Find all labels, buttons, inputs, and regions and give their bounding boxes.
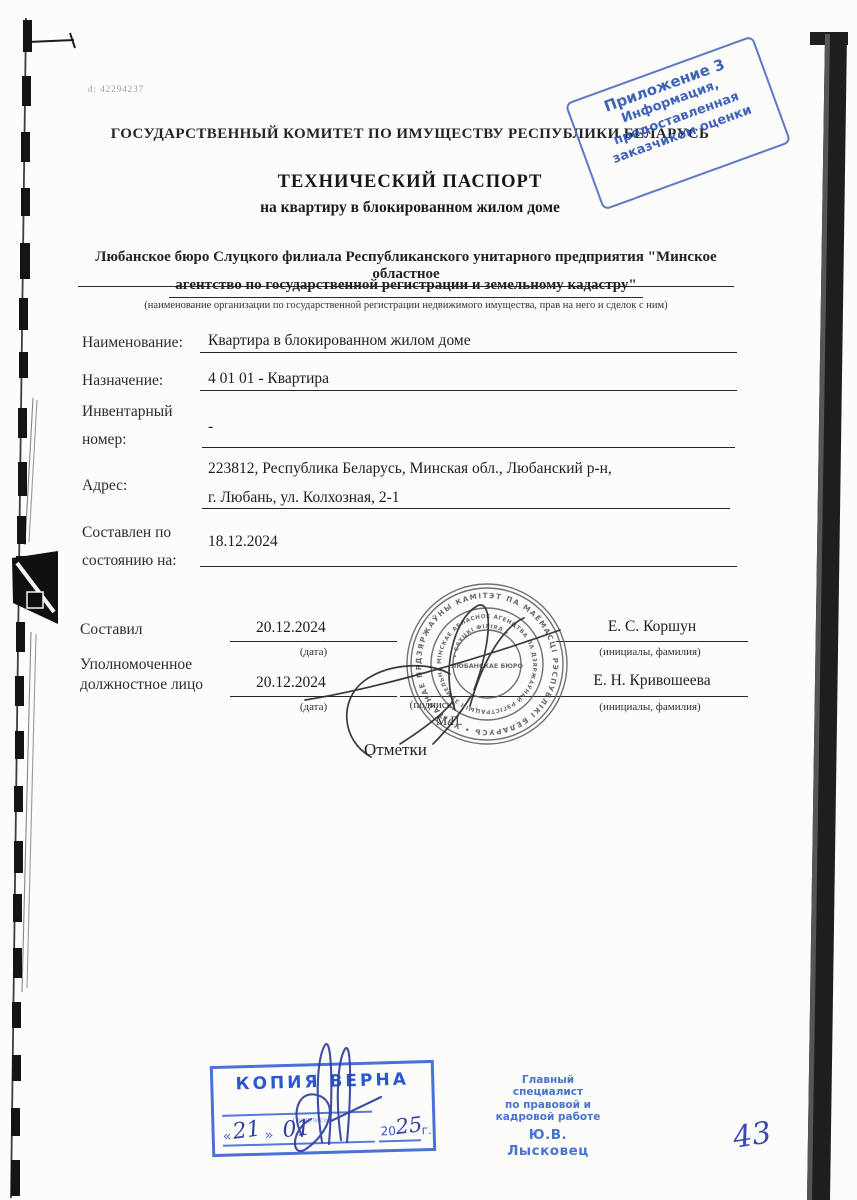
underline [400, 696, 748, 697]
official-name: Е. Н. Кривошеева [556, 672, 748, 690]
organization-caption: (наименование организации по государстве… [78, 300, 734, 311]
field-value-purpose: 4 01 01 - Квартира [208, 370, 329, 388]
handwritten-page-number: 43 [730, 1115, 773, 1156]
composed-date: 20.12.2024 [256, 619, 326, 637]
seal-place-label: М.П. [436, 714, 462, 729]
underline [230, 641, 397, 642]
specialist-stamp-line3: кадровой работе [488, 1111, 608, 1123]
left-binding-edge [11, 18, 75, 1198]
official-date: 20.12.2024 [256, 674, 326, 692]
official-signature-ink [305, 605, 560, 757]
field-label-purpose: Назначение: [82, 372, 163, 390]
quote-open: « [223, 1129, 232, 1145]
name-caption: (инициалы, фамилия) [545, 701, 755, 713]
organization-line2: агентство по государственной регистрации… [169, 277, 642, 298]
stamp-year-line [379, 1139, 421, 1142]
underline [200, 352, 737, 353]
organization-line2-wrap: агентство по государственной регистрации… [78, 276, 734, 298]
specialist-stamp-line1: Главный специалист [488, 1074, 608, 1099]
official-label-2: должностное лицо [80, 676, 203, 694]
underline [200, 566, 737, 567]
right-scan-edge [807, 32, 848, 1200]
underline [556, 641, 748, 642]
document-subtitle: на квартиру в блокированном жилом доме [60, 199, 760, 217]
fold-corner-artifact [12, 551, 58, 624]
field-value-asofdate: 18.12.2024 [208, 533, 278, 551]
field-value-address-1: 223812, Республика Беларусь, Минская обл… [208, 460, 612, 478]
field-value-name: Квартира в блокированном жилом доме [208, 332, 471, 350]
composed-name: Е. С. Коршун [556, 618, 748, 636]
document-page: d: 42294237 ГОСУДАРСТВЕННЫЙ КОМИТЕТ ПО И… [0, 0, 857, 1200]
field-label-name: Наименование: [82, 334, 183, 352]
seal-ring3-text: • СЛУЦКІ ФІЛІЯЛ • [453, 624, 510, 658]
marks-label: Отметки [364, 740, 427, 760]
field-label-inventory-2: номер: [82, 431, 127, 449]
seal-center-text: ЛЮБАНСКАЕ БЮРО [451, 662, 523, 670]
date-caption: (дата) [230, 701, 397, 713]
specialist-stamp: Главный специалист по правовой и кадрово… [488, 1074, 608, 1159]
svg-text:МІНСКАЕ АБЛАСНОЕ АГЕНЦТВА ПА Д: МІНСКАЕ АБЛАСНОЕ АГЕНЦТВА ПА ДЗЯРЖАЎНАЙ … [0, 0, 537, 714]
signature-caption: (подпись) [385, 699, 480, 711]
field-value-address-2: г. Любань, ул. Колхозная, 2-1 [208, 489, 399, 507]
year-prefix: 20 [380, 1124, 396, 1138]
handwritten-year: 25 [394, 1112, 423, 1139]
seal-ring2-text: МІНСКАЕ АБЛАСНОЕ АГЕНЦТВА ПА ДЗЯРЖАЎНАЙ … [0, 0, 537, 714]
composed-by-label: Составил [80, 621, 143, 639]
underline [202, 447, 735, 448]
field-label-asofdate-2: состоянию на: [82, 552, 177, 570]
handwritten-month: 01 [281, 1115, 311, 1143]
specialist-stamp-name: Ю.В. Лысковец [488, 1127, 608, 1159]
quote-close: » [265, 1127, 274, 1143]
year-suffix: г. [421, 1123, 432, 1137]
svg-text:• СЛУЦКІ ФІЛІЯЛ •: • СЛУЦКІ ФІЛІЯЛ • [453, 624, 510, 658]
name-caption: (инициалы, фамилия) [545, 646, 755, 658]
field-value-inventory: - [208, 418, 213, 436]
date-caption: (дата) [230, 646, 397, 658]
copy-verna-title: КОПИЯ ВЕРНА [213, 1069, 431, 1095]
field-label-asofdate-1: Составлен по [82, 524, 171, 542]
handwritten-day: 21 [231, 1116, 262, 1144]
official-label-1: Уполномоченное [80, 656, 192, 674]
underline [202, 508, 730, 509]
scan-doc-id: d: 42294237 [88, 84, 144, 94]
underline [230, 696, 397, 697]
field-label-inventory-1: Инвентарный [82, 403, 173, 421]
underline [200, 390, 737, 391]
copy-verna-stamp: КОПИЯ ВЕРНА (подпись) « 21 » 01 20 25 г. [210, 1060, 436, 1157]
specialist-stamp-line2: по правовой и [488, 1099, 608, 1111]
field-label-address: Адрес: [82, 477, 127, 495]
